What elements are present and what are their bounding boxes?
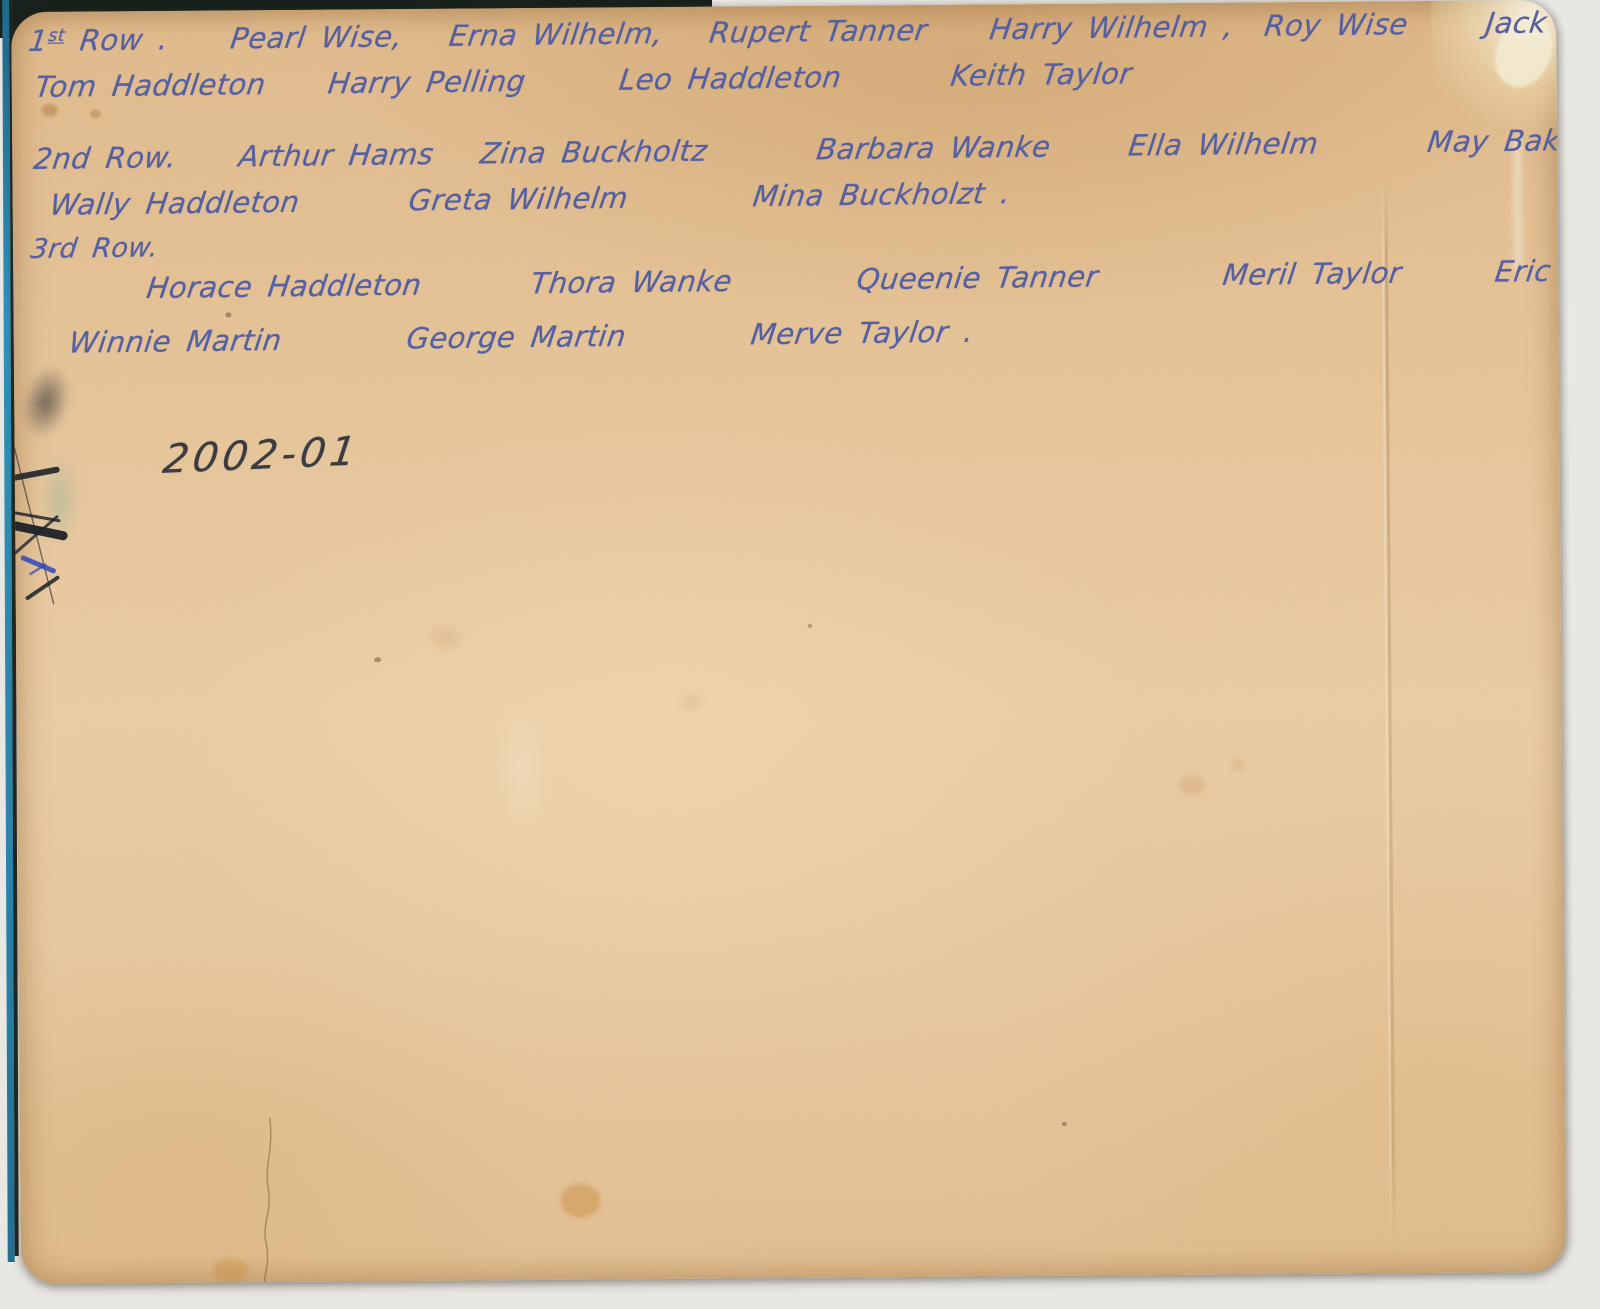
row3-label: 3rd Row. bbox=[29, 232, 160, 265]
row2-label: 2nd Row. bbox=[32, 140, 179, 176]
catalog-number: 2002-01 bbox=[160, 429, 362, 483]
scanned-photo-back: 1st Row . Pearl Wise, Erna Wilhelm, Rupe… bbox=[0, 0, 1600, 1309]
inscription-row3-label: 3rd Row. bbox=[29, 232, 160, 265]
photo-back-card: 1st Row . Pearl Wise, Erna Wilhelm, Rupe… bbox=[11, 0, 1566, 1284]
row1-label-number: 1 bbox=[27, 24, 50, 58]
row1-label-rest: Row . bbox=[62, 21, 233, 57]
